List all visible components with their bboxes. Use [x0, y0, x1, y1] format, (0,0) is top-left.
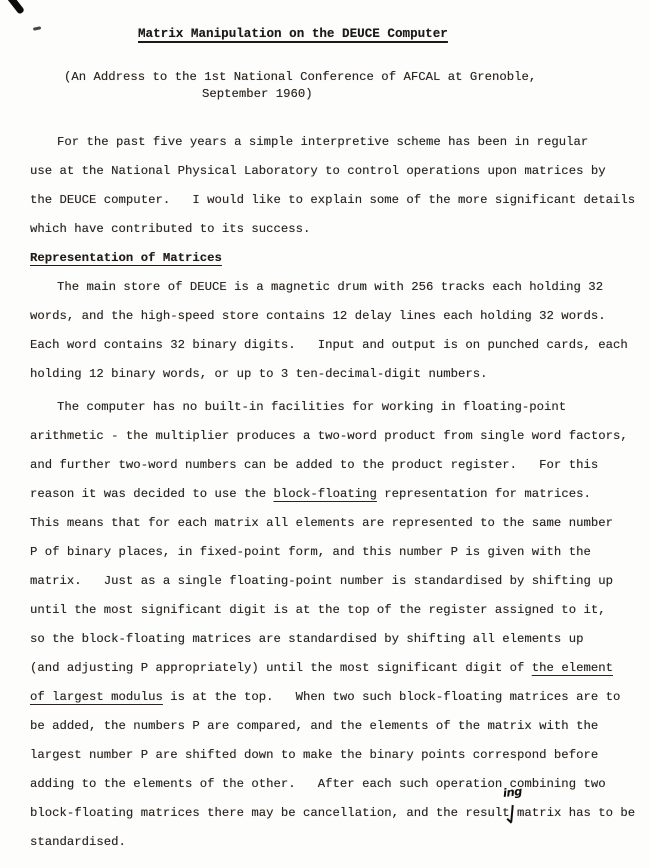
subtitle-line-1: (An Address to the 1st National Conferen… [64, 69, 642, 86]
pen-stroke-mark [0, 0, 25, 15]
text-segment: use at the National Physical Laboratory … [30, 164, 606, 178]
text-line: and further two-word numbers can be adde… [30, 451, 642, 480]
text-line: arithmetic - the multiplier produces a t… [30, 422, 642, 451]
text-line: block-floating matrices there may be can… [30, 799, 642, 828]
text-line: Each word contains 32 binary digits. Inp… [30, 331, 642, 360]
document-body: For the past five years a simple interpr… [30, 128, 642, 857]
text-segment: block-floating [274, 487, 377, 501]
text-line: reason it was decided to use the block-f… [30, 480, 642, 509]
text-line: For the past five years a simple interpr… [30, 128, 642, 157]
text-line: adding to the elements of the other. Aft… [30, 770, 642, 799]
text-segment: the DEUCE computer. I would like to expl… [30, 193, 635, 207]
text-segment: block-floating matrices there may be can… [30, 806, 510, 820]
text-line: matrix. Just as a single floating-point … [30, 567, 642, 596]
text-segment: reason it was decided to use the [30, 487, 274, 501]
text-segment: matrix has to be [510, 806, 635, 820]
text-line: use at the National Physical Laboratory … [30, 157, 642, 186]
text-line: The computer has no built-in facilities … [30, 393, 642, 422]
text-segment: standardised. [30, 835, 126, 849]
text-line: holding 12 binary words, or up to 3 ten-… [30, 360, 642, 389]
text-segment: representation for matrices. [377, 487, 591, 501]
text-segment: holding 12 binary words, or up to 3 ten-… [30, 367, 488, 381]
document-subtitle: (An Address to the 1st National Conferen… [30, 69, 642, 103]
text-segment: matrix. Just as a single floating-point … [30, 574, 613, 588]
text-segment: (and adjusting P appropriately) until th… [30, 661, 532, 675]
text-segment: until the most significant digit is at t… [30, 603, 606, 617]
text-line: P of binary places, in fixed-point form,… [30, 538, 642, 567]
text-line: be added, the numbers P are compared, an… [30, 712, 642, 741]
text-segment: be added, the numbers P are compared, an… [30, 719, 598, 733]
text-segment: words, and the high-speed store contains… [30, 309, 606, 323]
section-heading: Representation of Matrices [30, 244, 642, 273]
document-page: Matrix Manipulation on the DEUCE Compute… [0, 0, 650, 868]
text-line: of largest modulus is at the top. When t… [30, 683, 642, 712]
text-segment: arithmetic - the multiplier produces a t… [30, 429, 628, 443]
text-segment: which have contributed to its success. [30, 222, 310, 236]
text-segment: Each word contains 32 binary digits. Inp… [30, 338, 628, 352]
text-segment: P of binary places, in fixed-point form,… [30, 545, 591, 559]
small-ink-mark [33, 26, 41, 30]
text-segment: The main store of DEUCE is a magnetic dr… [57, 280, 603, 294]
text-segment: so the block-floating matrices are stand… [30, 632, 583, 646]
subtitle-line-2: September 1960) [202, 86, 642, 103]
text-line: until the most significant digit is at t… [30, 596, 642, 625]
text-segment: The computer has no built-in facilities … [57, 400, 566, 414]
text-segment: largest number P are shifted down to mak… [30, 748, 598, 762]
text-line: words, and the high-speed store contains… [30, 302, 642, 331]
text-line: This means that for each matrix all elem… [30, 509, 642, 538]
text-line: The main store of DEUCE is a magnetic dr… [30, 273, 642, 302]
text-segment: For the past five years a simple interpr… [57, 135, 588, 149]
text-segment: This means that for each matrix all elem… [30, 516, 613, 530]
text-line: so the block-floating matrices are stand… [30, 625, 642, 654]
text-line: which have contributed to its success. [30, 215, 642, 244]
text-line: standardised. [30, 828, 642, 857]
text-segment: and further two-word numbers can be adde… [30, 458, 598, 472]
text-line: largest number P are shifted down to mak… [30, 741, 642, 770]
text-segment: of largest modulus [30, 690, 163, 704]
document-title: Matrix Manipulation on the DEUCE Compute… [138, 24, 642, 44]
text-segment: Representation of Matrices [30, 251, 222, 265]
handwritten-insert-text: ing [501, 777, 523, 808]
text-line: the DEUCE computer. I would like to expl… [30, 186, 642, 215]
text-segment: is at the top. When two such block-float… [163, 690, 621, 704]
text-segment: the element [532, 661, 613, 675]
text-line: (and adjusting P appropriately) until th… [30, 654, 642, 683]
